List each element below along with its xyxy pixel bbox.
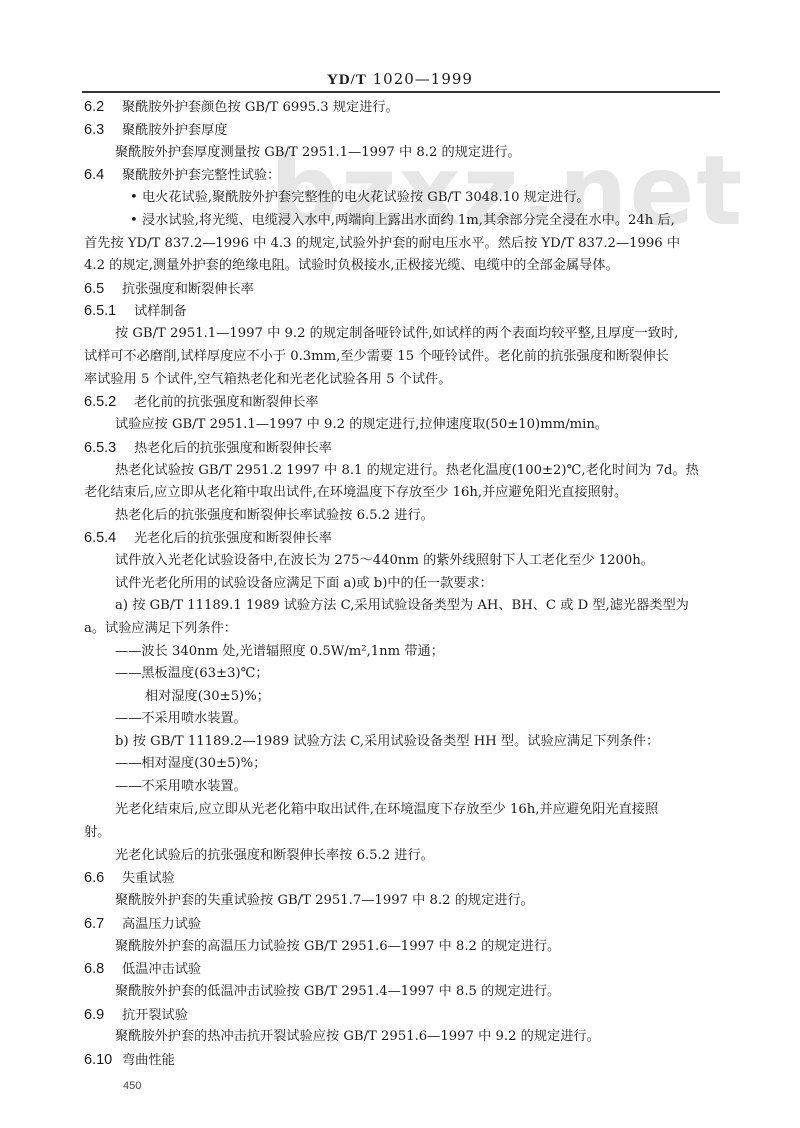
paragraph-line: 聚酰胺外护套厚度测量按 GB/T 2951.1—1997 中 8.2 的规定进行… <box>115 144 521 162</box>
section-title: 试样制备 <box>134 304 187 319</box>
section-heading: 6.9抗开裂试验 <box>84 1006 188 1025</box>
standard-header: YD/T 1020—1999 <box>0 70 800 89</box>
paragraph-line: 聚酰胺外护套的失重试验按 GB/T 2951.7—1997 中 8.2 的规定进… <box>115 892 534 910</box>
section-number: 6.4 <box>84 166 114 184</box>
paragraph-line: 光老化结束后,应立即从光老化箱中取出试件,在环境温度下存放至少 16h,并应避免… <box>115 801 658 819</box>
section-heading: 6.5.3热老化后的抗张强度和断裂伸长率 <box>84 439 332 458</box>
section-heading: 6.10弯曲性能 <box>84 1051 175 1070</box>
standard-code-number: 1020—1999 <box>373 70 473 88</box>
section-title: 聚酰胺外护套颜色按 GB/T 6995.3 规定进行。 <box>122 100 399 115</box>
section-title: 聚酰胺外护套厚度 <box>122 123 228 138</box>
page-number: 450 <box>123 1080 141 1092</box>
paragraph-line: 率试验用 5 个试件,空气箱热老化和光老化试验各用 5 个试件。 <box>84 371 451 389</box>
condition-item: ——波长 340nm 处,光谱辐照度 0.5W/m²,1nm 带通； <box>115 643 444 661</box>
section-number: 6.2 <box>84 98 114 116</box>
section-number: 6.5.4 <box>84 529 126 547</box>
section-heading: 6.7高温压力试验 <box>84 915 201 934</box>
section-title: 光老化后的抗张强度和断裂伸长率 <box>134 531 332 546</box>
paragraph-line: 首先按 YD/T 837.2—1996 中 4.3 的规定,试验外护套的耐电压水… <box>84 235 680 253</box>
section-heading: 6.4聚酰胺外护套完整性试验： <box>84 166 280 185</box>
section-heading: 6.8低温冲击试验 <box>84 960 201 979</box>
section-title: 老化前的抗张强度和断裂伸长率 <box>134 395 319 410</box>
section-heading: 6.5.4光老化后的抗张强度和断裂伸长率 <box>84 529 332 548</box>
paragraph-line: 光老化试验后的抗张强度和断裂伸长率按 6.5.2 进行。 <box>115 847 434 865</box>
condition-item: ——相对湿度(30±5)%； <box>115 755 266 773</box>
standard-code-prefix: YD/T <box>327 72 367 88</box>
section-title: 热老化后的抗张强度和断裂伸长率 <box>134 441 332 456</box>
paragraph-line: 按 GB/T 2951.1—1997 中 9.2 的规定制备哑铃试件,如试样的两… <box>115 325 678 343</box>
section-number: 6.5.2 <box>84 393 126 411</box>
section-number: 6.10 <box>84 1051 114 1069</box>
paragraph-line: 试件光老化所用的试验设备应满足下面 a)或 b)中的任一款要求： <box>115 575 493 593</box>
condition-item: ——黑板温度(63±3)℃； <box>115 665 269 683</box>
paragraph-line: 试件放入光老化试验设备中,在波长为 275～440nm 的紫外线照射下人工老化至… <box>115 552 654 570</box>
section-title: 低温冲击试验 <box>122 962 201 977</box>
paragraph-line: 热老化后的抗张强度和断裂伸长率试验按 6.5.2 进行。 <box>115 507 434 525</box>
section-title: 失重试验 <box>122 871 175 886</box>
section-number: 6.3 <box>84 121 114 139</box>
section-number: 6.9 <box>84 1006 114 1024</box>
condition-item: 相对湿度(30±5)%； <box>145 688 270 706</box>
condition-item: ——不采用喷水装置。 <box>115 710 247 728</box>
bullet-item: • 浸水试验,将光缆、电缆浸入水中,两端向上露出水面约 1m,其余部分完全浸在水… <box>130 212 675 230</box>
section-number: 6.8 <box>84 960 114 978</box>
section-title: 弯曲性能 <box>122 1053 175 1068</box>
paragraph-line: b) 按 GB/T 11189.2—1989 试验方法 C,采用试验设备类型 H… <box>115 733 659 751</box>
section-number: 6.5.1 <box>84 302 126 320</box>
section-number: 6.5.3 <box>84 439 126 457</box>
paragraph-line: 试样可不必磨削,试样厚度应不小于 0.3mm,至少需要 15 个哑铃试件。老化前… <box>84 348 669 366</box>
section-heading: 6.2聚酰胺外护套颜色按 GB/T 6995.3 规定进行。 <box>84 98 399 117</box>
section-title: 抗张强度和断裂伸长率 <box>122 282 254 297</box>
section-title: 高温压力试验 <box>122 917 201 932</box>
bullet-item: • 电火花试验,聚酰胺外护套完整性的电火花试验按 GB/T 3048.10 规定… <box>130 189 590 207</box>
paragraph-line: 老化结束后,应立即从老化箱中取出试件,在环境温度下存放至少 16h,并应避免阳光… <box>84 484 627 502</box>
paragraph-line: 射。 <box>84 824 110 842</box>
paragraph-line: 热老化试验按 GB/T 2951.2 1997 中 8.1 的规定进行。热老化温… <box>115 462 699 480</box>
paragraph-line: a。试验应满足下列条件： <box>84 620 237 638</box>
section-heading: 6.5抗张强度和断裂伸长率 <box>84 280 254 299</box>
section-heading: 6.5.2老化前的抗张强度和断裂伸长率 <box>84 393 319 412</box>
paragraph-line: 聚酰胺外护套的热冲击抗开裂试验应按 GB/T 2951.6—1997 中 9.2… <box>115 1028 600 1046</box>
section-title: 抗开裂试验 <box>122 1008 188 1023</box>
section-heading: 6.3聚酰胺外护套厚度 <box>84 121 228 140</box>
paragraph-line: 4.2 的规定,测量外护套的绝缘电阻。试验时负极接水,正极接光缆、电缆中的全部金… <box>84 257 619 275</box>
section-number: 6.7 <box>84 915 114 933</box>
paragraph-line: 聚酰胺外护套的低温冲击试验按 GB/T 2951.4—1997 中 8.5 的规… <box>115 983 560 1001</box>
section-number: 6.6 <box>84 869 114 887</box>
section-heading: 6.5.1试样制备 <box>84 302 187 321</box>
paragraph-line: 聚酰胺外护套的高温压力试验按 GB/T 2951.6—1997 中 8.2 的规… <box>115 938 560 956</box>
section-heading: 6.6失重试验 <box>84 869 175 888</box>
section-title: 聚酰胺外护套完整性试验： <box>122 168 280 183</box>
header-rule <box>82 91 720 93</box>
paragraph-line: 试验应按 GB/T 2951.1—1997 中 9.2 的规定进行,拉伸速度取(… <box>115 416 608 434</box>
section-number: 6.5 <box>84 280 114 298</box>
paragraph-line: a) 按 GB/T 11189.1 1989 试验方法 C,采用试验设备类型为 … <box>115 597 689 615</box>
condition-item: ——不采用喷水装置。 <box>115 778 247 796</box>
